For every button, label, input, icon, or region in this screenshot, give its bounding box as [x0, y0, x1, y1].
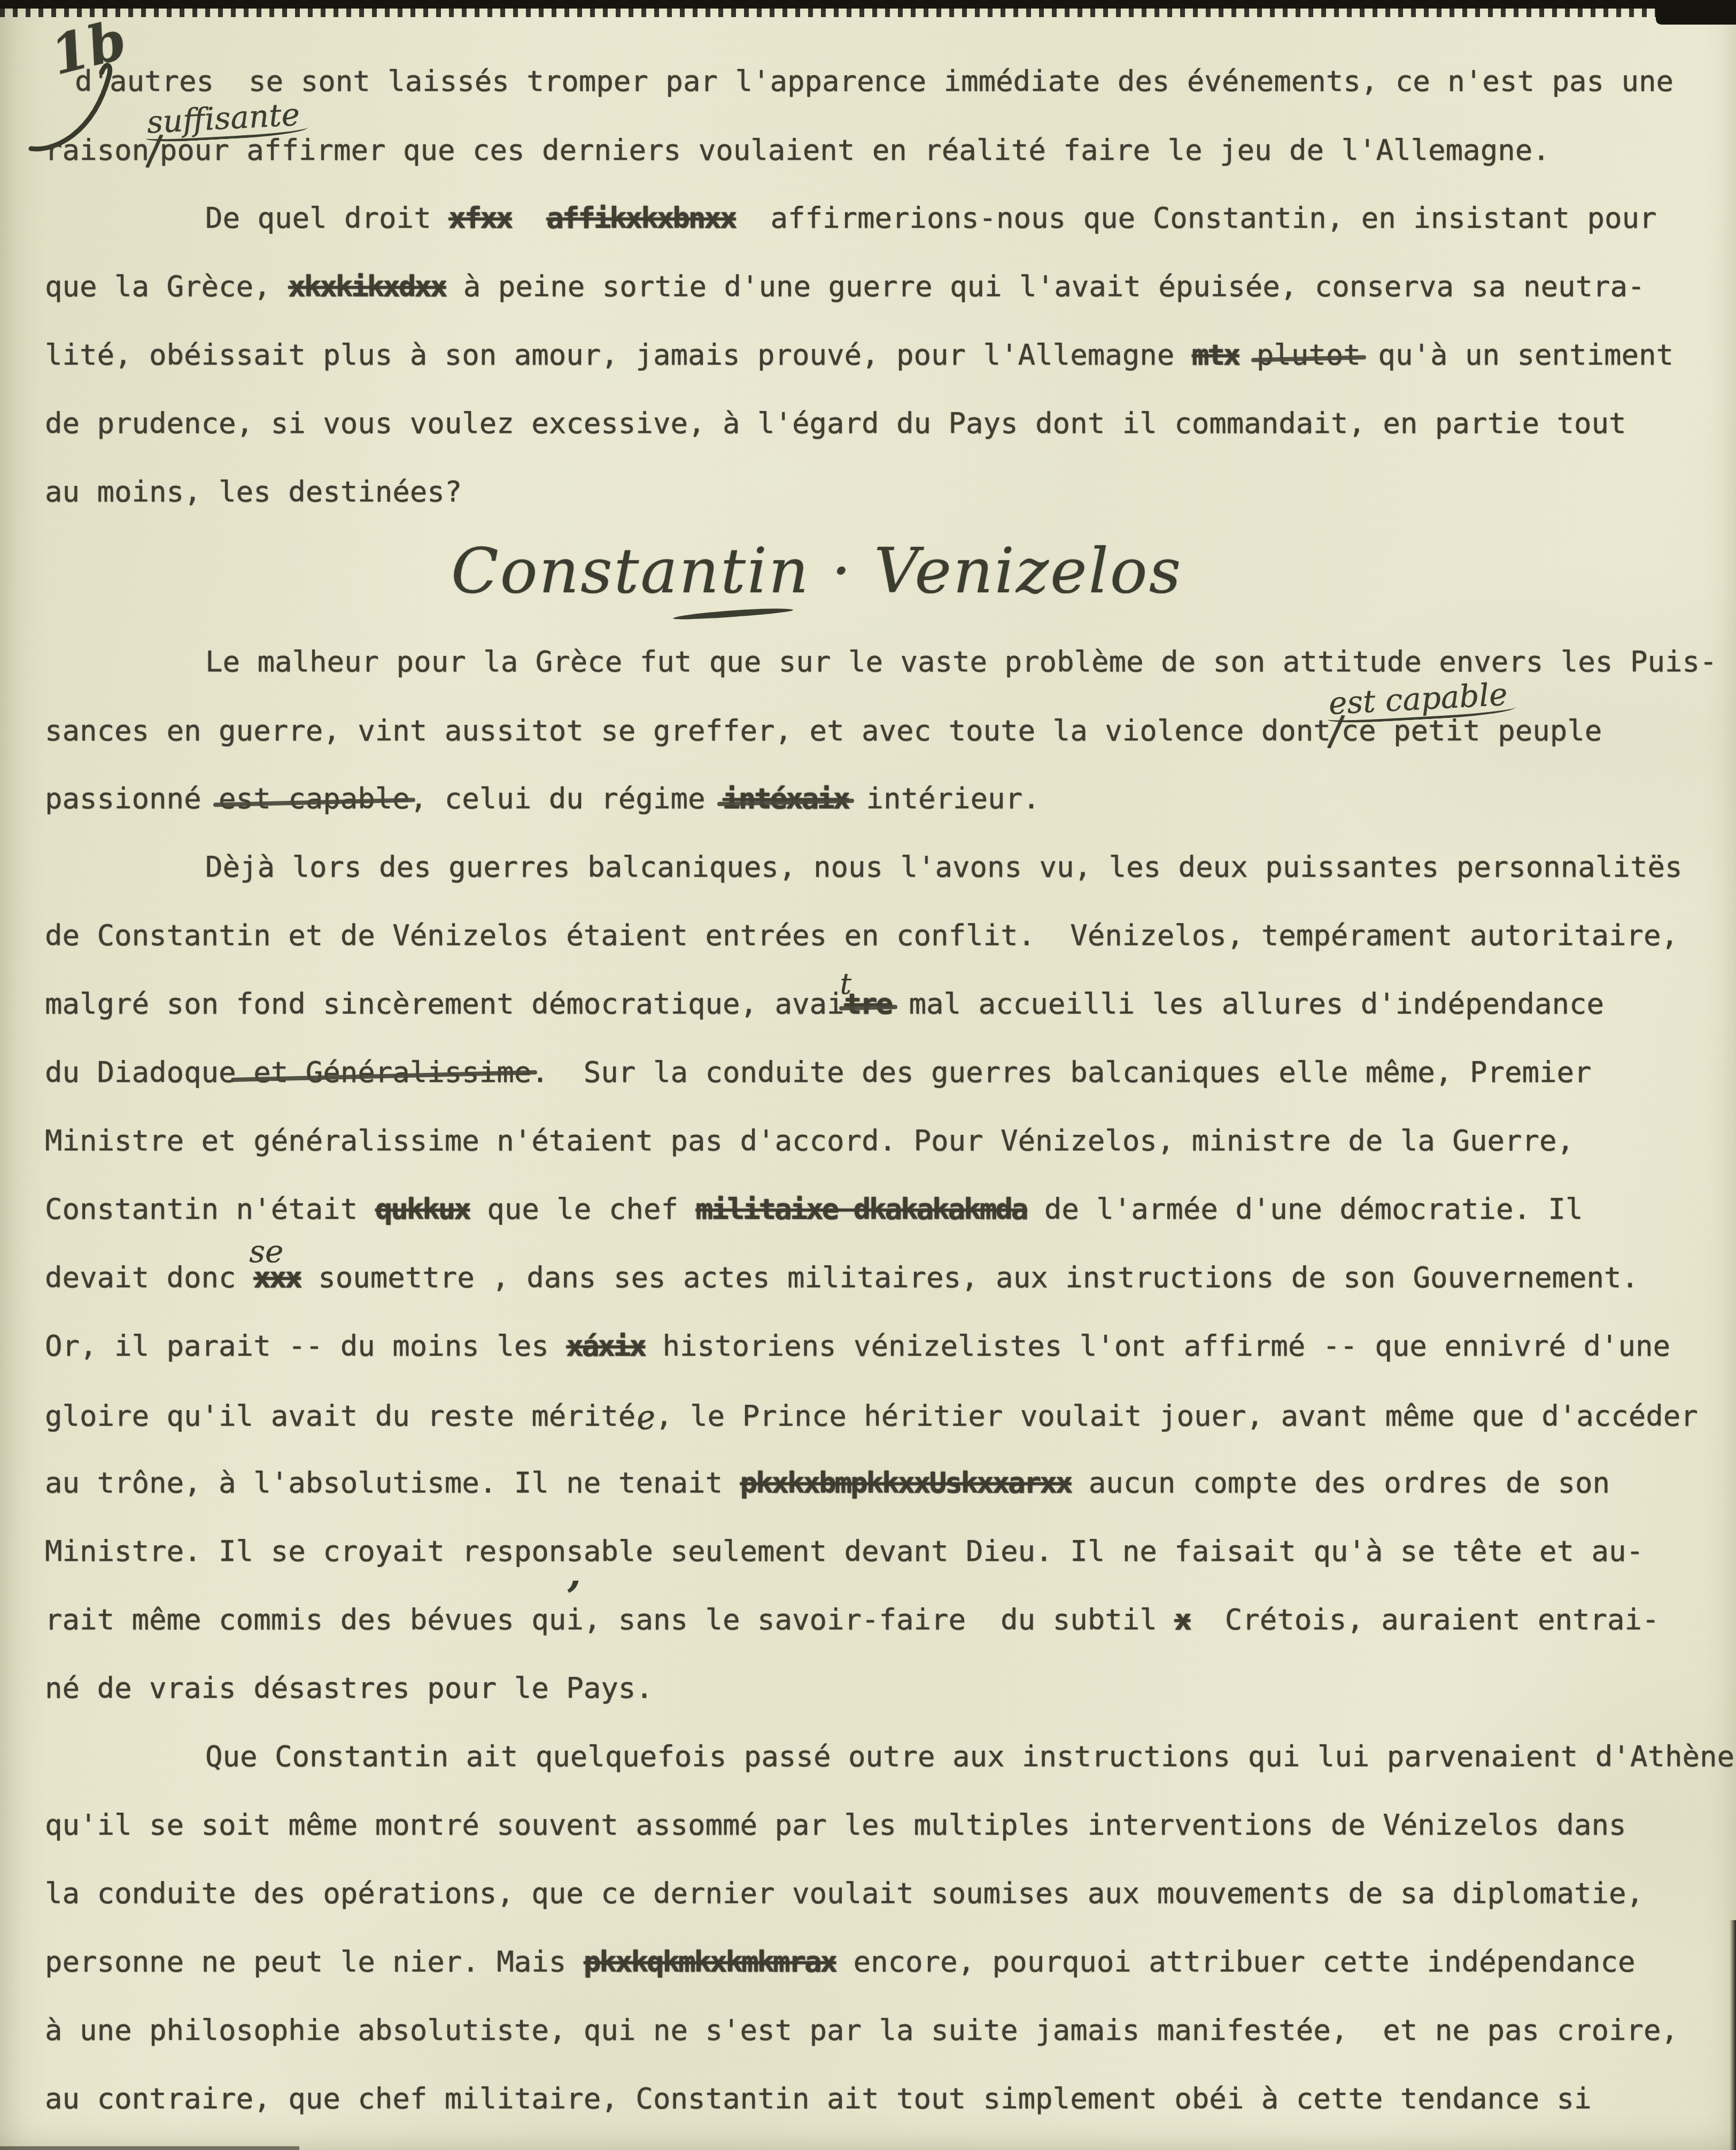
typed-text	[511, 201, 546, 235]
typed-line: De quel droit xfxx affikxkxbnxx affirmer…	[45, 184, 1717, 252]
typed-text: intérieur.	[849, 782, 1040, 815]
typed-text: rait même commis des bévues qu	[45, 1603, 566, 1636]
typed-line: de prudence, si vous voulez excessive, à…	[45, 389, 1717, 458]
typed-text: né de vrais désastres pour le Pays.	[45, 1671, 653, 1705]
scanned-typescript-page: 1b d'autres se sont laissés tromper par …	[0, 0, 1736, 2150]
overstrike-text: tre	[844, 970, 892, 1038]
typed-line: raisonsuffisante∕pour affirmer que ces d…	[45, 115, 1717, 184]
pen-strikethrough-text: est capable	[219, 764, 410, 833]
typed-text: au contraire, que chef militaire, Consta…	[45, 2082, 1591, 2115]
typed-line: sances en guerre, vint aussitot se greff…	[45, 696, 1717, 764]
overstrike-text: qukkux	[375, 1192, 470, 1226]
overstrike-text: intéxaix	[723, 764, 849, 833]
typed-text: Ministre et généralissime n'étaient pas …	[45, 1124, 1574, 1157]
handwritten-title: Constantin · Venizelos	[45, 526, 1717, 628]
scan-artifact-right-edge	[1730, 1920, 1736, 2150]
typed-text: qu'à un sentiment	[1361, 338, 1673, 372]
typed-text: raison	[45, 133, 149, 167]
typed-line: que la Grèce, xkxkikxdxx à peine sortie …	[45, 252, 1717, 321]
typed-text: à une philosophie absolutiste, qui ne s'…	[45, 2013, 1678, 2047]
typed-text: Le malheur pour la Grèce fut que sur le …	[205, 645, 1717, 678]
typed-text: de l'armée d'une démocratie. Il	[1027, 1192, 1583, 1226]
typed-text: que la Grèce,	[45, 269, 288, 303]
typed-line: personne ne peut le nier. Mais pkxkqkmkx…	[45, 1928, 1717, 1996]
overstrike-text: xkxkikxdxx	[288, 269, 446, 303]
overstrike-text: mtx	[1192, 338, 1239, 372]
typed-text: Ministre. Il se croyait responsable seul…	[45, 1534, 1644, 1568]
typed-text: Or, il parait -- du moins les	[45, 1329, 566, 1363]
typed-line: au trône, à l'absolutisme. Il ne tenait …	[45, 1449, 1717, 1517]
typed-text: au trône, à l'absolutisme. Il ne tenait	[45, 1466, 740, 1499]
handwritten-insert: ’i	[566, 1586, 584, 1654]
typed-text: qu'il se soit même montré souvent assomm…	[45, 1808, 1626, 1842]
typed-line: Or, il parait -- du moins les xáxix hist…	[45, 1312, 1717, 1380]
typed-text: du Diadoque	[45, 1055, 236, 1089]
scan-artifact-top-teeth	[0, 7, 1736, 17]
typed-text: de Constantin et de Vénizelos étaient en…	[45, 918, 1678, 952]
handwritten-insert: est capable∕	[1331, 696, 1342, 765]
overstrike-text: pkxkqkmkxkmkmrax	[584, 1945, 836, 1978]
typed-text: Crétois, auraient entrai-	[1190, 1603, 1660, 1636]
overstrike-text: xfxx	[448, 201, 511, 235]
overstrike-text: militaixe dkakakakmda	[695, 1192, 1027, 1226]
typed-text: affirmerions-nous que Constantin, en ins…	[735, 201, 1656, 235]
typed-text: encore, pourquoi attribuer cette indépen…	[836, 1945, 1636, 1978]
overstrike-text: xáxix	[566, 1329, 645, 1363]
typed-line: Constantin n'était qukkux que le chef mi…	[45, 1175, 1717, 1243]
typed-text: . Sur la conduite des guerres balcanique…	[531, 1055, 1591, 1089]
typed-text: passionné	[45, 782, 219, 815]
typed-line: du Diadoque et Généralissime. Sur la con…	[45, 1038, 1717, 1107]
scan-artifact-top-right-corner	[1656, 0, 1736, 25]
typed-line: la conduite des opérations, que ce derni…	[45, 1859, 1717, 1928]
typed-text: aucun compte des ordres de son	[1071, 1466, 1610, 1499]
typed-text: Constantin n'était	[45, 1192, 375, 1226]
typed-line: Dèjà lors des guerres balcaniques, nous …	[45, 833, 1717, 901]
scan-artifact-bottom-edge	[0, 2146, 299, 2150]
handwritten-insert: sexxx	[253, 1243, 301, 1312]
typed-text: De quel droit	[205, 201, 448, 235]
typed-body: d'autres se sont laissés tromper par l'a…	[45, 47, 1717, 2133]
overstrike-text: pkxkxbmpkkxxUskxxarxx	[740, 1466, 1071, 1499]
typed-line: gloire qu'il avait du reste méritée, le …	[45, 1380, 1717, 1449]
typed-line: devait donc sexxx soumettre , dans ses a…	[45, 1243, 1717, 1312]
typed-text: Que Constantin ait quelquefois passé out…	[205, 1739, 1736, 1773]
typed-line: malgré son fond sincèrement démocratique…	[45, 970, 1717, 1038]
typed-text: de prudence, si vous voulez excessive, à…	[45, 406, 1626, 440]
typed-line: lité, obéissait plus à son amour, jamais…	[45, 321, 1717, 389]
typed-text: gloire qu'il avait du reste mérité	[45, 1399, 635, 1433]
pen-strikethrough-text: et Généralissime	[236, 1038, 532, 1107]
typed-text: , sans le savoir-faire du subtil	[584, 1603, 1174, 1636]
typed-text	[1239, 338, 1257, 372]
typed-line: Que Constantin ait quelquefois passé out…	[45, 1722, 1717, 1791]
typed-line: Ministre et généralissime n'étaient pas …	[45, 1107, 1717, 1175]
handwritten-insert: suffisante∕	[149, 115, 160, 184]
typed-text: pour affirmer que ces derniers voulaient…	[160, 133, 1550, 167]
typed-line: au contraire, que chef militaire, Consta…	[45, 2064, 1717, 2133]
title-underline-flourish	[673, 606, 793, 621]
handwritten-insert-se: se	[249, 1236, 283, 1267]
typed-line: qu'il se soit même montré souvent assomm…	[45, 1791, 1717, 1859]
typed-text: lité, obéissait plus à son amour, jamais…	[45, 338, 1192, 372]
typed-text: , celui du régime	[410, 782, 723, 815]
typed-text: , le Prince héritier voulait jouer, avan…	[655, 1399, 1698, 1433]
typed-text: que le chef	[470, 1192, 696, 1226]
typed-text: mal accueilli les allures d'indépendance	[892, 987, 1604, 1020]
typed-text: à peine sortie d'une guerre qui l'avait …	[446, 269, 1645, 303]
handwritten-apostrophe-mark: ’	[566, 1576, 580, 1618]
pen-strikethrough-text: plutot	[1257, 321, 1361, 389]
typed-text: devait donc	[45, 1260, 253, 1294]
typed-text: la conduite des opérations, que ce derni…	[45, 1876, 1644, 1910]
typed-line: au moins, les destinées?	[45, 458, 1717, 526]
typed-text: d'autres se sont laissés tromper par l'a…	[75, 64, 1673, 98]
typed-text: malgré son fond sincèrement démocratique…	[45, 987, 844, 1020]
typed-line: passionné est capable, celui du régime i…	[45, 764, 1717, 833]
typed-text: sances en guerre, vint aussitot se greff…	[45, 714, 1331, 747]
typed-text: historiens vénizelistes l'ont affirmé --…	[645, 1329, 1670, 1363]
typed-text: au moins, les destinées?	[45, 475, 462, 508]
typed-line: de Constantin et de Vénizelos étaient en…	[45, 901, 1717, 970]
typed-line: rait même commis des bévues qu’i, sans l…	[45, 1586, 1717, 1654]
handwritten-insert: ttre	[844, 970, 892, 1038]
handwritten-title-text: Constantin · Venizelos	[451, 535, 1182, 607]
typed-line: Ministre. Il se croyait responsable seul…	[45, 1517, 1717, 1586]
typed-text: personne ne peut le nier. Mais	[45, 1945, 584, 1978]
overstrike-text: x	[1174, 1603, 1190, 1636]
typed-text: Dèjà lors des guerres balcaniques, nous …	[205, 850, 1682, 884]
typed-line: né de vrais désastres pour le Pays.	[45, 1654, 1717, 1722]
typed-text: soumettre , dans ses actes militaires, a…	[301, 1260, 1639, 1294]
overstrike-text: affikxkxbnxx	[546, 201, 735, 235]
typed-line: à une philosophie absolutiste, qui ne s'…	[45, 1996, 1717, 2064]
